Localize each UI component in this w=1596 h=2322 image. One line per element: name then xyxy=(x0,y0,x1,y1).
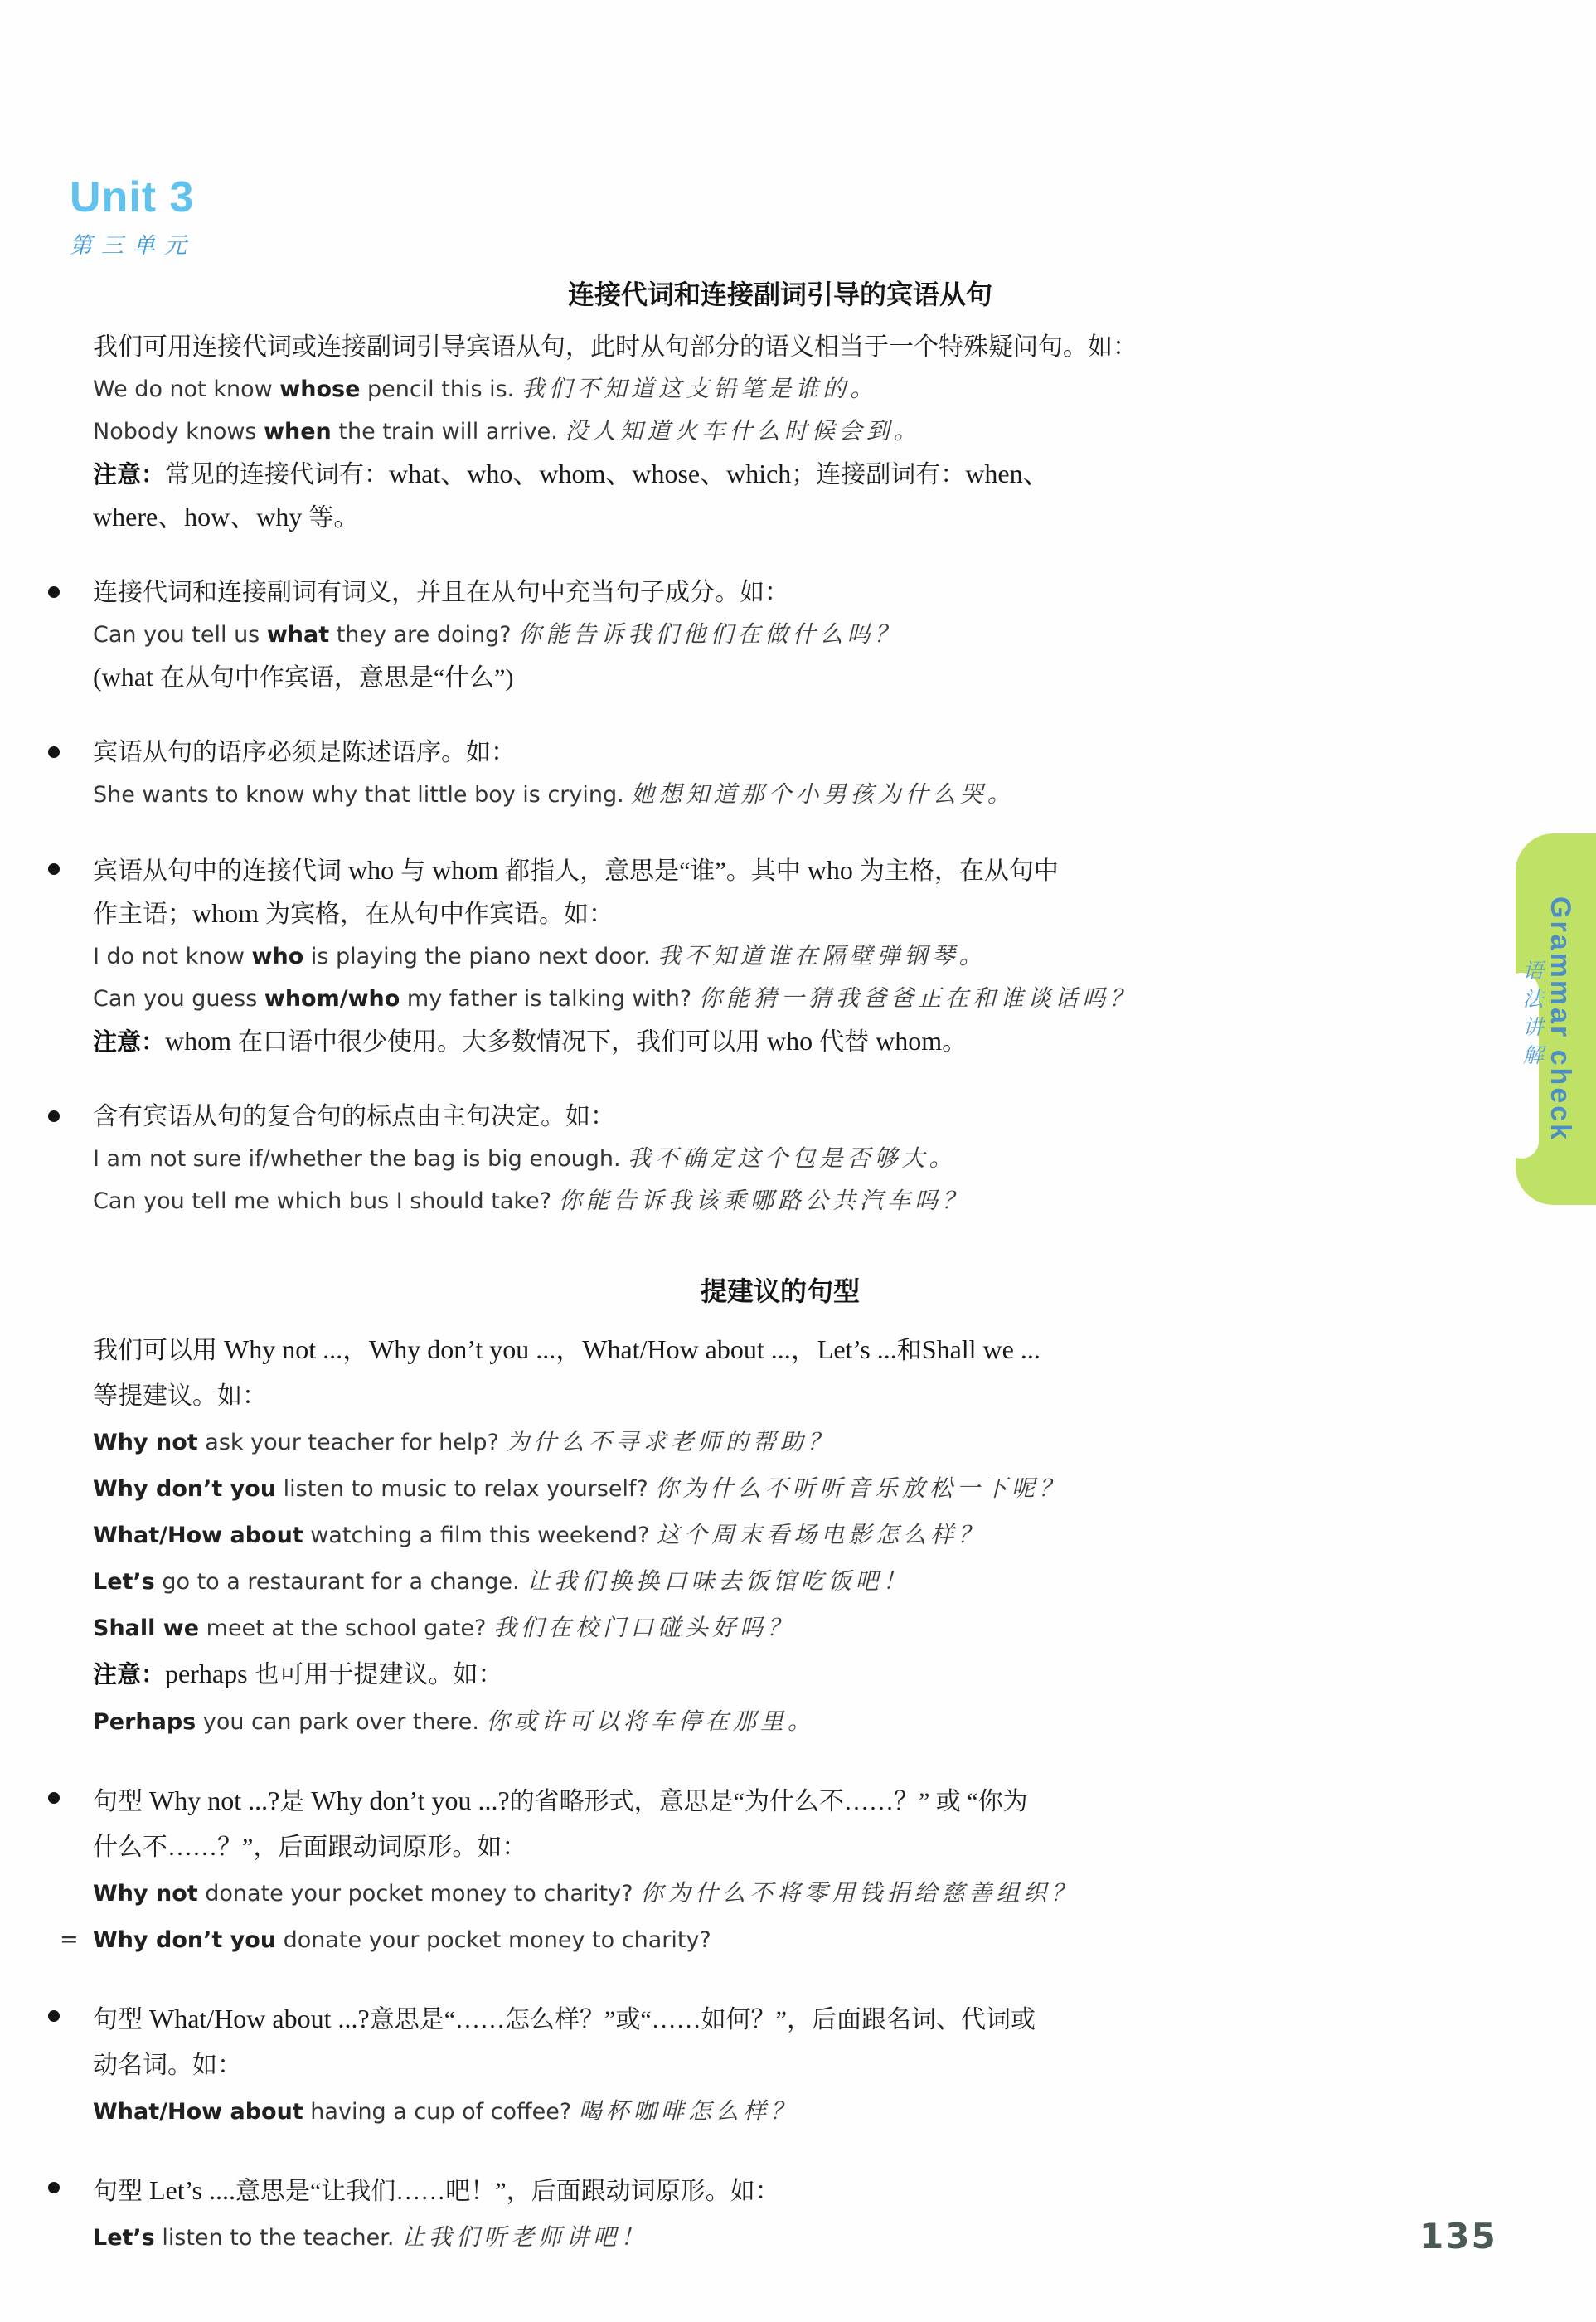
bullet-lines: 宾语从句的语序必须是陈述语序。如：She wants to know why t… xyxy=(93,732,1467,816)
text-segment: 宾语从句的语序必须是陈述语序。如： xyxy=(93,739,516,766)
tab-label-cn: 语法讲解 xyxy=(1516,959,1545,1167)
text-segment: 是 xyxy=(279,1788,304,1815)
bullet-lines: 连接代词和连接副词有词义，并且在从句中充当句子成分。如：Can you tell… xyxy=(93,572,1467,699)
text-segment: 等。 xyxy=(308,504,358,532)
text-segment: 你为什么不将零用钱捐给慈善组织？ xyxy=(640,1881,1079,1907)
text-line: Can you guess whom/who my father is talk… xyxy=(93,978,1467,1020)
text-line: Why not ask your teacher for help? 为什么不寻… xyxy=(93,1419,1467,1465)
text-segment: donate your pocket money to charity? xyxy=(276,1927,711,1953)
text-segment: 为主格，在从句中 xyxy=(860,857,1059,885)
text-line: Why not donate your pocket money to char… xyxy=(93,1870,1467,1916)
text-segment: 注意： xyxy=(93,1662,165,1688)
text-segment: meet at the school gate? xyxy=(199,1615,493,1641)
text-line: She wants to know why that little boy is… xyxy=(93,774,1467,816)
bullet-item: 连接代词和连接副词有词义，并且在从句中充当句子成分。如：Can you tell… xyxy=(93,572,1467,699)
text-segment: 喝杯咖啡怎么样？ xyxy=(579,2099,798,2125)
text-segment: when、 xyxy=(965,459,1049,488)
text-segment: Let’s xyxy=(93,2225,155,2251)
bullet-icon xyxy=(48,746,60,758)
text-line: 宾语从句的语序必须是陈述语序。如： xyxy=(93,732,1467,774)
bullet-icon xyxy=(48,2010,60,2022)
text-segment: Perhaps xyxy=(93,1709,196,1735)
section2-title: 提建议的句型 xyxy=(93,1270,1467,1309)
text-segment: 我们在校门口碰头好吗？ xyxy=(493,1615,794,1641)
text-segment: Can you tell me which bus I should take? xyxy=(93,1188,559,1214)
text-segment: listen to the teacher. xyxy=(155,2225,401,2251)
text-segment: Can you guess xyxy=(93,986,264,1012)
text-segment: 为宾格，在从句中作宾语。如： xyxy=(265,901,614,928)
text-segment: where、how、why xyxy=(93,502,308,532)
bullet-icon xyxy=(48,863,60,875)
text-segment: 代替 xyxy=(819,1028,869,1056)
text-segment: She wants to know why that little boy is… xyxy=(93,782,631,808)
text-line: Nobody knows when the train will arrive.… xyxy=(93,410,1467,453)
text-line: (what 在从句中作宾语，意思是“什么”) xyxy=(93,656,1467,699)
text-segment: who xyxy=(252,944,304,969)
text-segment: pencil this is. xyxy=(360,376,521,402)
text-segment: who xyxy=(760,1026,819,1056)
text-segment: 在从句中作宾语，意思是“什么”) xyxy=(160,664,514,692)
text-segment: 和 xyxy=(897,1337,922,1364)
text-line: 注意：whom 在口语中很少使用。大多数情况下，我们可以用 who 代替 who… xyxy=(93,1020,1467,1063)
text-segment: whom xyxy=(869,1026,942,1056)
text-segment: 注意： xyxy=(93,462,165,488)
text-line: 动名词。如： xyxy=(93,2043,1467,2088)
bullet-item: 句型 Why not ...?是 Why don’t you ...?的省略形式… xyxy=(93,1778,1467,1963)
text-segment: 你为什么不听听音乐放松一下呢？ xyxy=(655,1476,1066,1502)
text-line: where、how、why 等。 xyxy=(93,496,1467,539)
text-segment: 的省略形式，意思是“为什么不……？” 或 “你为 xyxy=(510,1788,1028,1815)
text-segment: 我们可以用 xyxy=(93,1337,217,1364)
page-number: 135 xyxy=(1419,2216,1497,2256)
text-line: I am not sure if/whether the bag is big … xyxy=(93,1138,1467,1180)
text-line: Why don’t you listen to music to relax y… xyxy=(93,1465,1467,1512)
text-line: I do not know who is playing the piano n… xyxy=(93,935,1467,978)
text-segment: whom xyxy=(165,1026,238,1056)
text-segment: 注意： xyxy=(93,1029,165,1056)
bullet-icon xyxy=(48,1792,60,1804)
book-page: Unit 3 第三单元 连接代词和连接副词引导的宾语从句 我们可用连接代词或连接… xyxy=(0,0,1596,2322)
text-segment: go to a restaurant for a change. xyxy=(155,1569,526,1595)
text-segment: 你能猜一猜我爸爸正在和谁谈话吗？ xyxy=(699,986,1138,1012)
text-line: Can you tell me which bus I should take?… xyxy=(93,1180,1467,1222)
text-line: Let’s listen to the teacher. 让我们听老师讲吧！ xyxy=(93,2214,1467,2261)
text-segment: 句型 xyxy=(93,2178,143,2205)
text-segment: 都指人，意思是“谁”。其中 xyxy=(505,857,801,885)
text-segment: I do not know xyxy=(93,944,252,969)
text-segment: (what xyxy=(93,662,160,692)
text-line: 句型 What/How about ...?意思是“……怎么样？”或“……如何？… xyxy=(93,1996,1467,2043)
text-line: 作主语；whom 为宾格，在从句中作宾语。如： xyxy=(93,892,1467,935)
text-line: 什么不……？”，后面跟动词原形。如： xyxy=(93,1824,1467,1870)
text-segment: What/How about ...? xyxy=(143,2004,370,2033)
text-segment: Shall we ... xyxy=(922,1334,1041,1364)
text-segment: 你能告诉我们他们在做什么吗？ xyxy=(518,622,902,648)
text-segment: watching a film this weekend? xyxy=(303,1523,657,1548)
text-line: Perhaps you can park over there. 你或许可以将车… xyxy=(93,1698,1467,1745)
text-segment: ask your teacher for help? xyxy=(198,1430,507,1455)
text-segment: Nobody knows xyxy=(93,419,264,444)
text-segment: 意思是“……怎么样？”或“……如何？”，后面跟名词、代词或 xyxy=(370,2006,1036,2033)
page-content: 连接代词和连接副词引导的宾语从句 我们可用连接代词或连接副词引导宾语从句，此时从… xyxy=(93,0,1467,2294)
text-segment: you can park over there. xyxy=(196,1709,486,1735)
text-segment: the train will arrive. xyxy=(332,419,565,444)
text-segment: We do not know xyxy=(93,376,279,402)
text-line: What/How about watching a film this week… xyxy=(93,1512,1467,1558)
text-segment: who xyxy=(342,855,400,885)
text-segment: 句型 xyxy=(93,2006,143,2033)
bullet-item: 含有宾语从句的复合句的标点由主句决定。如：I am not sure if/wh… xyxy=(93,1096,1467,1222)
text-segment: What/How about xyxy=(93,1523,303,1548)
text-segment: Why not xyxy=(93,1881,198,1907)
text-segment: 这个周末看场电影怎么样？ xyxy=(657,1523,985,1548)
text-segment: Why not ...，Why don’t you ...，What/How a… xyxy=(217,1334,897,1364)
text-segment: listen to music to relax yourself? xyxy=(276,1476,655,1502)
text-segment: 没人知道火车什么时候会到。 xyxy=(565,419,921,444)
text-segment: 我不知道谁在隔壁弹钢琴。 xyxy=(657,944,986,969)
text-segment: Why don’t you xyxy=(93,1927,276,1953)
text-line: 句型 Let’s ....意思是“让我们……吧！”，后面跟动词原形。如： xyxy=(93,2168,1467,2214)
text-segment: my father is talking with? xyxy=(400,986,698,1012)
text-segment: Let’s xyxy=(93,1569,155,1595)
text-segment: whom xyxy=(425,855,505,885)
text-segment: when xyxy=(264,419,332,444)
bullet-item: 宾语从句中的连接代词 who 与 whom 都指人，意思是“谁”。其中 who … xyxy=(93,849,1467,1063)
text-segment: 宾语从句中的连接代词 xyxy=(93,857,342,885)
text-segment: 我们可用连接代词或连接副词引导宾语从句，此时从句部分的语义相当于一个特殊疑问句。… xyxy=(93,333,1138,361)
text-line: 宾语从句中的连接代词 who 与 whom 都指人，意思是“谁”。其中 who … xyxy=(93,849,1467,892)
text-segment: 句型 xyxy=(93,1788,143,1815)
text-segment: perhaps xyxy=(165,1659,255,1688)
text-segment: 在口语中很少使用。大多数情况下，我们可以用 xyxy=(238,1028,760,1056)
text-segment: Why not xyxy=(93,1430,198,1455)
text-segment: 让我们听老师讲吧！ xyxy=(401,2225,648,2251)
section2-intro: 我们可以用 Why not ...，Why don’t you ...，What… xyxy=(93,1327,1467,1745)
bullet-lines: 含有宾语从句的复合句的标点由主句决定。如：I am not sure if/wh… xyxy=(93,1096,1467,1222)
section1-bullet-list: 连接代词和连接副词有词义，并且在从句中充当句子成分。如：Can you tell… xyxy=(93,572,1467,1222)
text-segment: whose xyxy=(279,376,360,402)
text-segment: 动名词。如： xyxy=(93,2052,242,2079)
bullet-lines: 句型 What/How about ...?意思是“……怎么样？”或“……如何？… xyxy=(93,1996,1467,2135)
bullet-icon xyxy=(48,586,60,598)
text-segment: donate your pocket money to charity? xyxy=(198,1881,640,1907)
tab-label-en: Grammar check xyxy=(1544,833,1576,1205)
text-segment: Can you tell us xyxy=(93,622,267,648)
text-segment: I am not sure if/whether the bag is big … xyxy=(93,1146,628,1172)
text-segment: 连接代词和连接副词有词义，并且在从句中充当句子成分。如： xyxy=(93,579,789,606)
text-line: 句型 Why not ...?是 Why don’t you ...?的省略形式… xyxy=(93,1778,1467,1824)
section1-title: 连接代词和连接副词引导的宾语从句 xyxy=(93,274,1467,312)
text-segment: 。 xyxy=(942,1028,967,1056)
text-segment: 为什么不寻求老师的帮助？ xyxy=(506,1430,834,1455)
text-segment: 你能告诉我该乘哪路公共汽车吗？ xyxy=(559,1188,970,1214)
text-line: Let’s go to a restaurant for a change. 让… xyxy=(93,1558,1467,1605)
text-line: 注意：常见的连接代词有：what、who、whom、whose、which；连接… xyxy=(93,453,1467,496)
text-segment: 作主语； xyxy=(93,901,192,928)
bullet-item: 句型 What/How about ...?意思是“……怎么样？”或“……如何？… xyxy=(93,1996,1467,2135)
text-segment: Let’s .... xyxy=(143,2175,235,2205)
bullet-item: 句型 Let’s ....意思是“让我们……吧！”，后面跟动词原形。如：Let’… xyxy=(93,2168,1467,2261)
text-segment: what、who、whom、whose、which xyxy=(389,459,791,488)
text-segment: Shall we xyxy=(93,1615,199,1641)
text-line: Can you tell us what they are doing? 你能告… xyxy=(93,614,1467,656)
text-segment: 也可用于提建议。如： xyxy=(255,1661,503,1688)
section1-intro: 我们可用连接代词或连接副词引导宾语从句，此时从句部分的语义相当于一个特殊疑问句。… xyxy=(93,327,1467,539)
text-line: We do not know whose pencil this is. 我们不… xyxy=(93,368,1467,410)
text-line: 注意：perhaps 也可用于提建议。如： xyxy=(93,1651,1467,1698)
text-segment: = xyxy=(60,1916,79,1962)
text-segment: 含有宾语从句的复合句的标点由主句决定。如： xyxy=(93,1103,615,1130)
text-line: 我们可以用 Why not ...，Why don’t you ...，What… xyxy=(93,1327,1467,1373)
text-segment: having a cup of coffee? xyxy=(303,2099,579,2125)
text-line: =Why don’t you donate your pocket money … xyxy=(93,1916,1467,1963)
text-line: What/How about having a cup of coffee? 喝… xyxy=(93,2088,1467,2135)
bullet-item: 宾语从句的语序必须是陈述语序。如：She wants to know why t… xyxy=(93,732,1467,816)
text-segment: whom xyxy=(192,898,265,928)
text-line: 含有宾语从句的复合句的标点由主句决定。如： xyxy=(93,1096,1467,1138)
text-segment: 让我们换换口味去饭馆吃饭吧！ xyxy=(526,1569,910,1595)
text-segment: What/How about xyxy=(93,2099,303,2125)
text-segment: 常见的连接代词有： xyxy=(165,461,389,488)
text-segment: is playing the piano next door. xyxy=(303,944,657,969)
bullet-icon xyxy=(48,2182,60,2193)
text-segment: 意思是“让我们……吧！”，后面跟动词原形。如： xyxy=(235,2178,780,2205)
bullet-lines: 句型 Let’s ....意思是“让我们……吧！”，后面跟动词原形。如：Let’… xyxy=(93,2168,1467,2261)
text-segment: they are doing? xyxy=(329,622,518,648)
text-line: 等提建议。如： xyxy=(93,1373,1467,1419)
text-segment: ；连接副词有： xyxy=(791,461,965,488)
text-segment: who xyxy=(801,855,860,885)
bullet-icon xyxy=(48,1110,60,1122)
grammar-check-tab: 语法讲解 Grammar check xyxy=(1516,833,1596,1205)
text-segment: Why don’t you ...? xyxy=(304,1785,509,1815)
section2-bullet-list: 句型 Why not ...?是 Why don’t you ...?的省略形式… xyxy=(93,1778,1467,2261)
text-segment: Why not ...? xyxy=(143,1785,279,1815)
text-segment: 我不确定这个包是否够大。 xyxy=(628,1146,956,1172)
text-segment: 我们不知道这支铅笔是谁的。 xyxy=(521,376,878,402)
text-segment: 她想知道那个小男孩为什么哭。 xyxy=(631,782,1015,808)
text-segment: whom/who xyxy=(264,986,400,1012)
text-line: 我们可用连接代词或连接副词引导宾语从句，此时从句部分的语义相当于一个特殊疑问句。… xyxy=(93,327,1467,368)
bullet-lines: 句型 Why not ...?是 Why don’t you ...?的省略形式… xyxy=(93,1778,1467,1963)
text-line: 连接代词和连接副词有词义，并且在从句中充当句子成分。如： xyxy=(93,572,1467,614)
text-segment: 什么不……？”，后面跟动词原形。如： xyxy=(93,1834,526,1861)
text-segment: 与 xyxy=(400,857,425,885)
text-line: Shall we meet at the school gate? 我们在校门口… xyxy=(93,1605,1467,1651)
text-segment: 你或许可以将车停在那里。 xyxy=(487,1709,815,1735)
text-segment: what xyxy=(267,622,329,648)
text-segment: Why don’t you xyxy=(93,1476,276,1502)
text-segment: 等提建议。如： xyxy=(93,1382,267,1410)
bullet-lines: 宾语从句中的连接代词 who 与 whom 都指人，意思是“谁”。其中 who … xyxy=(93,849,1467,1063)
